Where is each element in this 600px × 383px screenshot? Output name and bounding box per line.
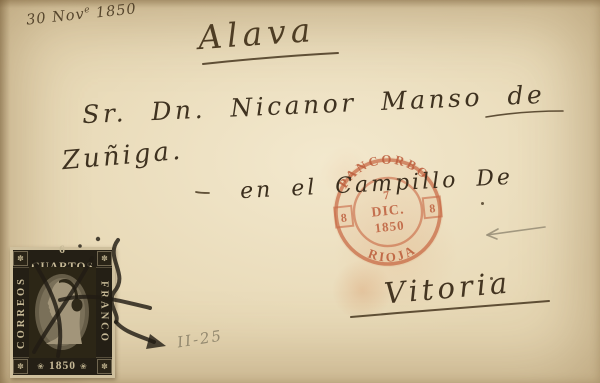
cancel-tail-blob (146, 334, 166, 349)
stamp-year-label: ❀1850❀ (28, 358, 97, 375)
postmark-year: 1850 (374, 217, 405, 235)
stamp-design: ✽ 6 CUARTOS ✽ CORREOS FRANCO (13, 250, 112, 375)
address-line-1: Sr. Dn. Nicanor Manso de (82, 80, 546, 129)
stamp-correos-band: CORREOS (13, 267, 29, 358)
stamp-bottom-band: ✽ ❀1850❀ ✽ (13, 358, 112, 375)
address-line-2: Zuñiga. (61, 136, 184, 176)
ink-speck (481, 202, 484, 205)
ink-speck (490, 277, 493, 280)
stamp-portrait (29, 267, 96, 358)
address-flourish (486, 111, 563, 117)
date-prefix: 30 Nov (26, 7, 86, 29)
postal-cover-photo: 30 Nove1850 Alava Sr. Dn. Nicanor Manso … (0, 0, 600, 383)
date-year: 1850 (95, 1, 137, 21)
paper-edge-shadow (0, 0, 10, 383)
address-dash (196, 192, 209, 193)
pencil-arrow-shaft (487, 227, 545, 235)
pencil-catalog-note: II-25 (176, 327, 224, 352)
stamp-franco-band: FRANCO (96, 267, 112, 358)
flower-ornament-icon: ❀ (80, 362, 88, 371)
stamp-top-band: ✽ 6 CUARTOS ✽ (13, 250, 112, 267)
rosette-ornament-icon: ✽ (13, 251, 28, 266)
baeza-datestamp: 8 8 PANCORBO RIOJA 7 DIC. 1850 (315, 139, 460, 284)
cancel-tail (116, 322, 154, 342)
postage-stamp: ✽ 6 CUARTOS ✽ CORREOS FRANCO (10, 247, 115, 378)
rosette-ornament-icon: ✽ (97, 251, 112, 266)
isabel-ii-profile-icon (29, 267, 96, 358)
date-superscript: e (84, 5, 91, 16)
stamp-middle: CORREOS FRANCO (13, 267, 112, 358)
rosette-ornament-icon: ✽ (97, 359, 112, 374)
rosette-ornament-icon: ✽ (13, 359, 28, 374)
destination-region-text: Alava (197, 10, 317, 57)
pencil-arrow-head (487, 229, 498, 239)
flower-ornament-icon: ❀ (37, 362, 45, 371)
